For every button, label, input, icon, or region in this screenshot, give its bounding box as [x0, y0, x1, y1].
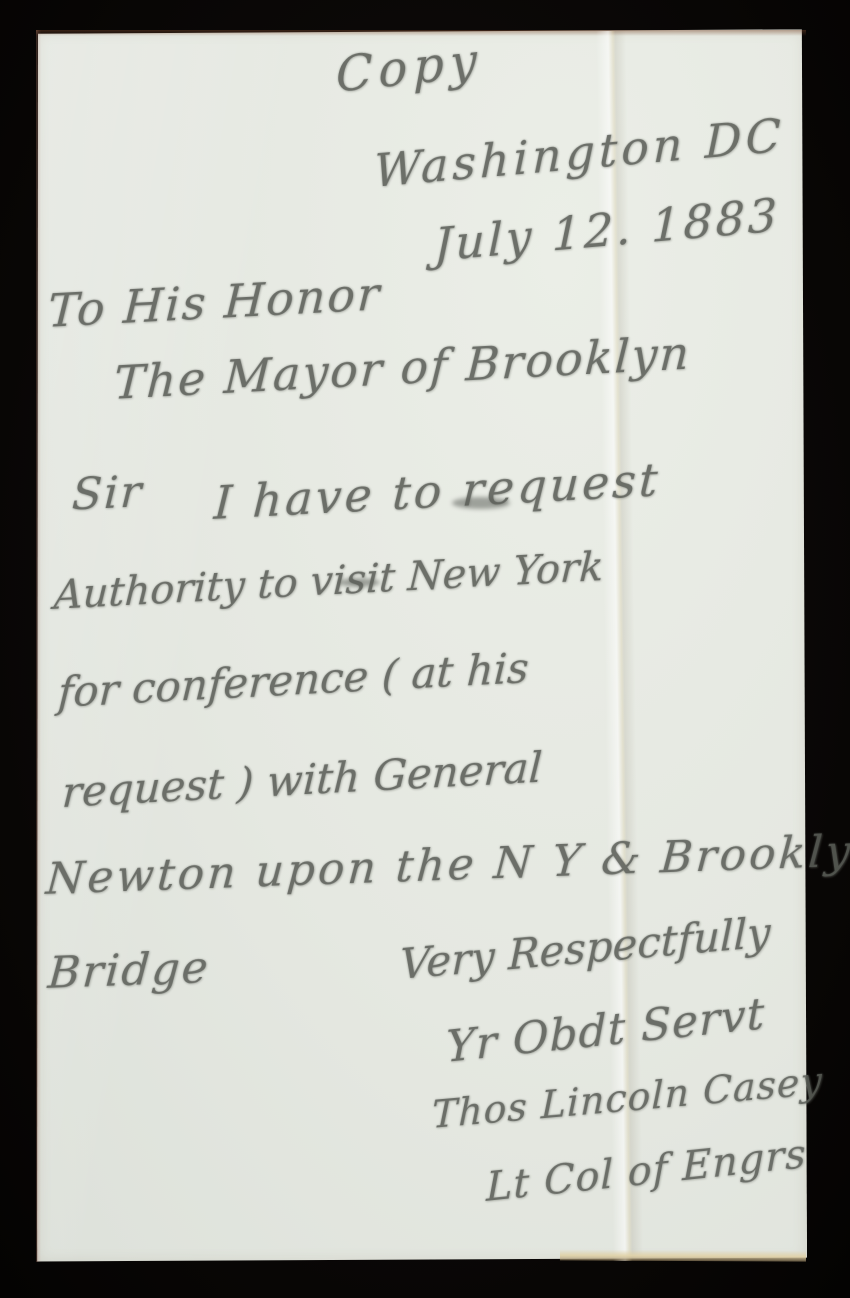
paper-bottom-edge: [560, 1249, 806, 1261]
paper-left-edge: [36, 30, 41, 1262]
body-line-6: Bridge: [46, 946, 211, 996]
salutation: Sir: [71, 470, 144, 518]
photo-background: Copy Washington DC July 12. 1883 To His …: [0, 0, 850, 1298]
paper-top-edge: [36, 30, 806, 36]
annotation-copy: Copy: [336, 36, 483, 100]
